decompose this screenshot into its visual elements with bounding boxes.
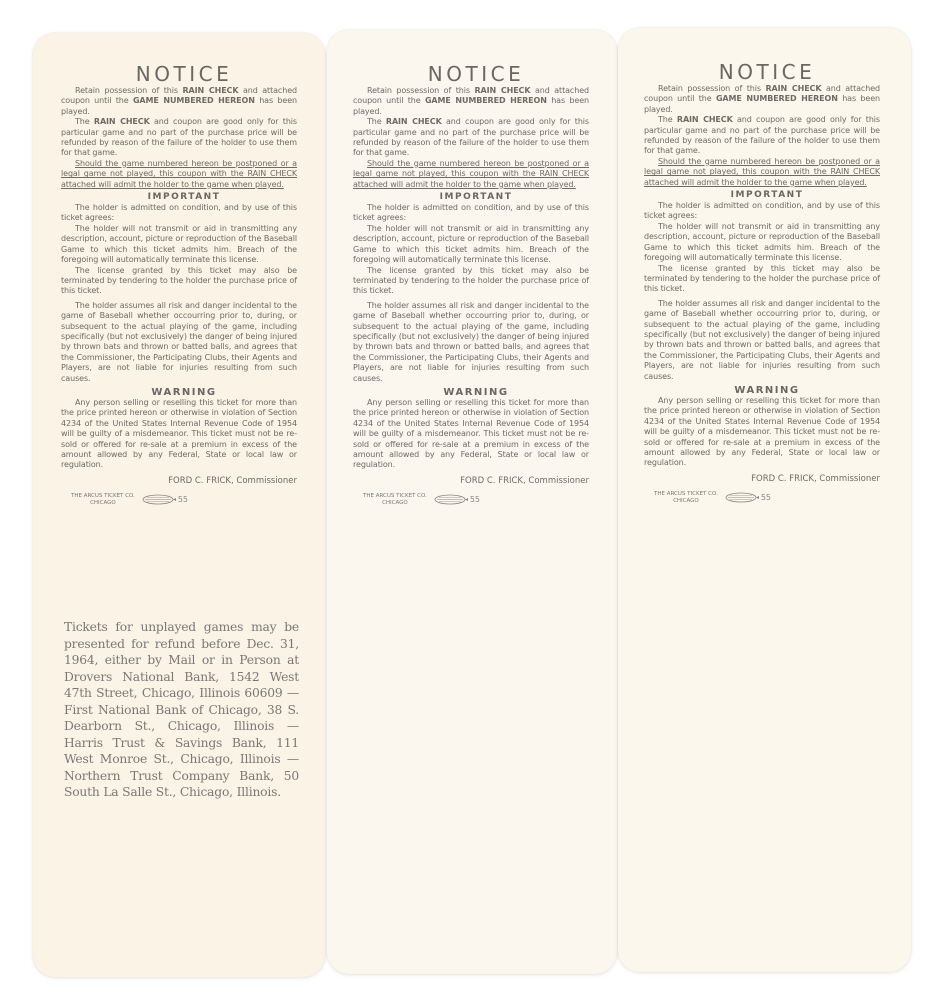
important-paragraph-risk: The holder assumes all risk and danger i… [353, 301, 589, 384]
commissioner-signature: FORD C. FRICK, Commissioner [353, 476, 589, 487]
notice-paragraph-retain: Retain possession of this RAIN CHECK and… [353, 86, 589, 117]
warning-heading: WARNING [71, 387, 297, 398]
notice-block: NOTICE Retain possession of this RAIN CH… [61, 63, 297, 507]
important-heading: IMPORTANT [363, 192, 589, 203]
important-paragraph-risk: The holder assumes all risk and danger i… [644, 299, 880, 382]
printer-imprint: THE ARCUS TICKET CO. CHICAGO 55 [363, 493, 589, 507]
printer-imprint: THE ARCUS TICKET CO. CHICAGO 55 [71, 493, 297, 507]
union-label-icon [433, 494, 469, 505]
important-heading: IMPORTANT [71, 192, 297, 203]
printer-number: 55 [178, 495, 188, 504]
rain-check-ticket-left: NOTICE Retain possession of this RAIN CH… [33, 33, 325, 977]
rain-check-ticket-right: NOTICE Retain possession of this RAIN CH… [618, 28, 911, 972]
commissioner-signature: FORD C. FRICK, Commissioner [61, 476, 297, 487]
notice-block: NOTICE Retain possession of this RAIN CH… [353, 63, 589, 507]
warning-paragraph: Any person selling or reselling this tic… [353, 398, 589, 471]
printer-name: THE ARCUS TICKET CO. CHICAGO [363, 493, 427, 507]
warning-paragraph: Any person selling or reselling this tic… [644, 396, 880, 469]
warning-paragraph: Any person selling or reselling this tic… [61, 398, 297, 471]
notice-paragraph-good-only: The RAIN CHECK and coupon are good only … [353, 117, 589, 159]
notice-title: NOTICE [71, 63, 297, 85]
important-heading: IMPORTANT [654, 190, 880, 201]
notice-paragraph-retain: Retain possession of this RAIN CHECK and… [644, 84, 880, 115]
union-label-icon [724, 492, 760, 503]
printer-imprint: THE ARCUS TICKET CO. CHICAGO 55 [654, 491, 880, 505]
union-label-icon [141, 494, 177, 505]
important-paragraph-condition: The holder is admitted on condition, and… [61, 203, 297, 224]
rain-check-ticket-middle: NOTICE Retain possession of this RAIN CH… [327, 30, 617, 974]
notice-block: NOTICE Retain possession of this RAIN CH… [644, 61, 880, 505]
printer-name: THE ARCUS TICKET CO. CHICAGO [654, 491, 718, 505]
important-paragraph-transmit: The holder will not transmit or aid in t… [644, 222, 880, 264]
important-paragraph-license: The license granted by this ticket may a… [353, 266, 589, 297]
refund-notice: Tickets for unplayed games may be presen… [64, 619, 299, 801]
warning-heading: WARNING [654, 385, 880, 396]
notice-paragraph-good-only: The RAIN CHECK and coupon are good only … [61, 117, 297, 159]
notice-paragraph-good-only: The RAIN CHECK and coupon are good only … [644, 115, 880, 157]
warning-heading: WARNING [363, 387, 589, 398]
printer-number: 55 [470, 495, 480, 504]
important-paragraph-transmit: The holder will not transmit or aid in t… [353, 224, 589, 266]
important-paragraph-risk: The holder assumes all risk and danger i… [61, 301, 297, 384]
important-paragraph-condition: The holder is admitted on condition, and… [353, 203, 589, 224]
notice-paragraph-postponed: Should the game numbered hereon be postp… [61, 159, 297, 190]
notice-paragraph-postponed: Should the game numbered hereon be postp… [644, 157, 880, 188]
important-paragraph-condition: The holder is admitted on condition, and… [644, 201, 880, 222]
notice-paragraph-postponed: Should the game numbered hereon be postp… [353, 159, 589, 190]
notice-title: NOTICE [654, 61, 880, 83]
printer-number: 55 [761, 493, 771, 502]
printer-name: THE ARCUS TICKET CO. CHICAGO [71, 493, 135, 507]
notice-title: NOTICE [363, 63, 589, 85]
commissioner-signature: FORD C. FRICK, Commissioner [644, 474, 880, 485]
important-paragraph-transmit: The holder will not transmit or aid in t… [61, 224, 297, 266]
important-paragraph-license: The license granted by this ticket may a… [61, 266, 297, 297]
important-paragraph-license: The license granted by this ticket may a… [644, 264, 880, 295]
notice-paragraph-retain: Retain possession of this RAIN CHECK and… [61, 86, 297, 117]
